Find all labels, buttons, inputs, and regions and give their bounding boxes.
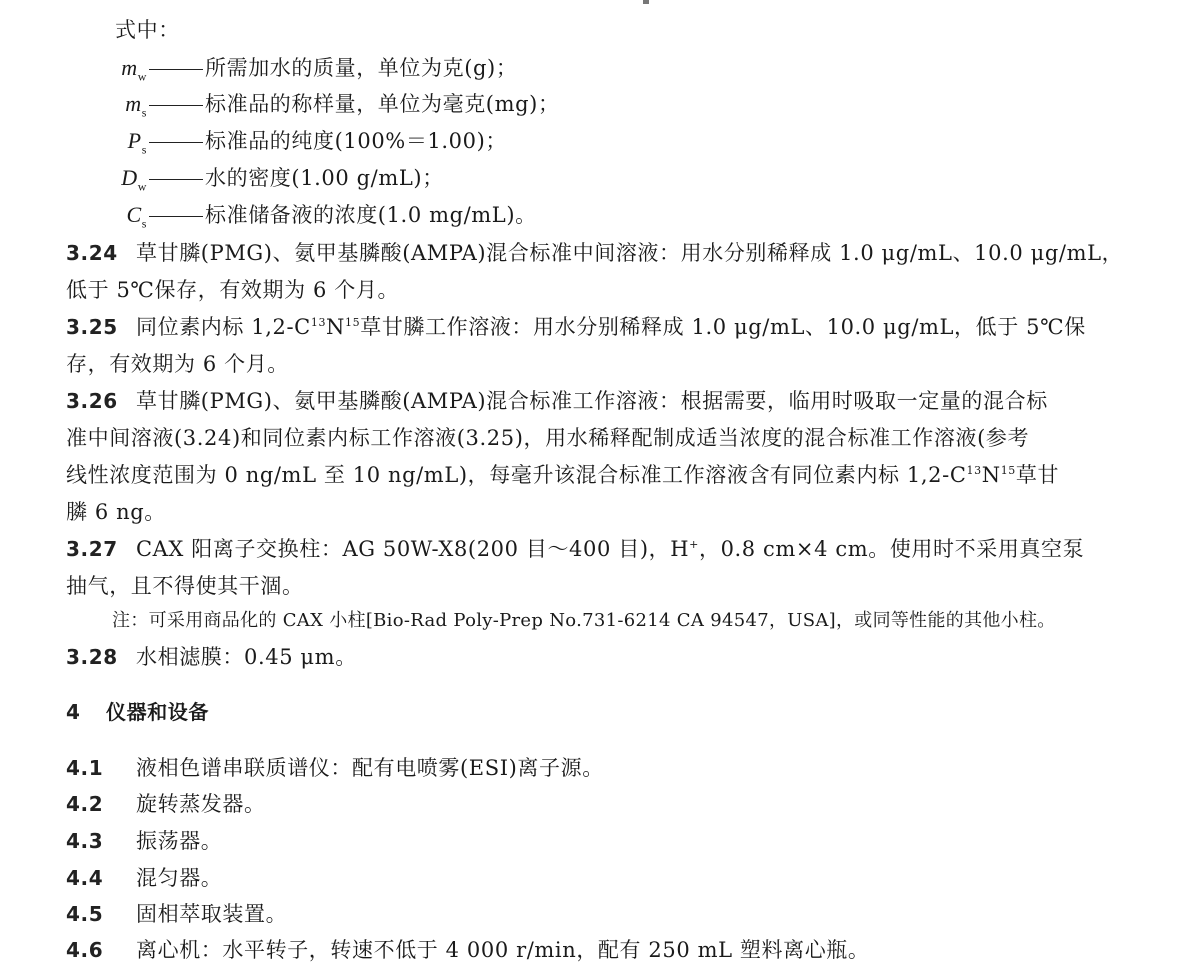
clause-3-26-cont: 膦 6 ng。 (66, 498, 166, 526)
clause-text: 草甘膦(PMG)、氨甲基膦酸(AMPA)混合标准工作溶液：根据需要，临用时吸取一… (136, 389, 1048, 413)
clause-3-25: 3.25同位素内标 1,2-C13N15草甘膦工作溶液：用水分别稀释成 1.0 … (66, 313, 1086, 341)
variable-definition: Dw水的密度(1.00 g/mL)； (115, 164, 444, 200)
item-number: 4.5 (66, 900, 136, 928)
variable-description: 水的密度(1.00 g/mL)； (205, 166, 444, 190)
em-dash (149, 216, 203, 217)
equipment-item: 4.3振荡器。 (66, 827, 222, 855)
document-page: 式中： mw所需加水的质量，单位为克(g)； ms标准品的称样量，单位为毫克(m… (0, 0, 1200, 973)
superscript: 13 (967, 464, 982, 477)
item-number: 4.6 (66, 936, 136, 964)
clause-number: 3.24 (66, 239, 136, 267)
item-number: 4.4 (66, 864, 136, 892)
variable-symbol: Ps (115, 127, 147, 163)
item-text: 旋转蒸发器。 (136, 792, 266, 816)
item-number: 4.3 (66, 827, 136, 855)
clause-text: 水相滤膜：0.45 μm。 (136, 645, 357, 669)
variable-description: 标准品的称样量，单位为毫克(mg)； (205, 92, 560, 116)
clause-3-27: 3.27CAX 阳离子交换柱：AG 50W-X8(200 目～400 目)，H+… (66, 535, 1084, 563)
variable-definition: ms标准品的称样量，单位为毫克(mg)； (115, 90, 560, 126)
equipment-item: 4.2旋转蒸发器。 (66, 790, 266, 818)
clause-number: 3.26 (66, 387, 136, 415)
clause-3-25-cont: 存，有效期为 6 个月。 (66, 350, 289, 378)
clause-text: 草甘膦工作溶液：用水分别稀释成 1.0 μg/mL、10.0 μg/mL，低于 … (360, 315, 1086, 339)
em-dash (149, 105, 203, 106)
clause-3-26-cont: 准中间溶液(3.24)和同位素内标工作溶液(3.25)，用水稀释配制成适当浓度的… (66, 424, 1029, 452)
clause-text: 草甘 (1016, 463, 1059, 487)
variable-description: 所需加水的质量，单位为克(g)； (205, 56, 517, 80)
variable-description: 标准品的纯度(100%＝1.00)； (205, 129, 507, 153)
variable-symbol: Dw (115, 164, 147, 200)
variable-symbol: ms (115, 90, 147, 126)
section-heading: 4仪器和设备 (66, 698, 209, 726)
equipment-item: 4.4混匀器。 (66, 864, 222, 892)
em-dash (149, 69, 203, 70)
item-text: 离心机：水平转子，转速不低于 4 000 r/min，配有 250 mL 塑料离… (136, 938, 870, 962)
clause-text: CAX 阳离子交换柱：AG 50W-X8(200 目～400 目)，H (136, 537, 689, 561)
equipment-item: 4.6离心机：水平转子，转速不低于 4 000 r/min，配有 250 mL … (66, 936, 870, 964)
item-text: 混匀器。 (136, 866, 222, 890)
clause-text: 同位素内标 1,2-C (136, 315, 311, 339)
superscript: 15 (345, 316, 360, 329)
item-text: 振荡器。 (136, 829, 222, 853)
variable-symbol: mw (115, 54, 147, 90)
clause-number: 3.25 (66, 313, 136, 341)
clause-text: 线性浓度范围为 0 ng/mL 至 10 ng/mL)，每毫升该混合标准工作溶液… (66, 463, 967, 487)
clause-text: N (982, 463, 1001, 487)
em-dash (149, 142, 203, 143)
item-number: 4.1 (66, 754, 136, 782)
item-number: 4.2 (66, 790, 136, 818)
variable-description: 标准储备液的浓度(1.0 mg/mL)。 (205, 203, 537, 227)
variable-definition: mw所需加水的质量，单位为克(g)； (115, 54, 517, 90)
superscript: 15 (1001, 464, 1016, 477)
clause-3-28: 3.28水相滤膜：0.45 μm。 (66, 643, 357, 671)
superscript: 13 (311, 316, 326, 329)
equipment-item: 4.1液相色谱串联质谱仪：配有电喷雾(ESI)离子源。 (66, 754, 604, 782)
clause-3-26-cont: 线性浓度范围为 0 ng/mL 至 10 ng/mL)，每毫升该混合标准工作溶液… (66, 461, 1059, 489)
section-number: 4 (66, 698, 106, 726)
clause-3-27-cont: 抽气，且不得使其干涸。 (66, 572, 304, 600)
item-text: 固相萃取装置。 (136, 902, 287, 926)
clause-note: 注：可采用商品化的 CAX 小柱[Bio-Rad Poly-Prep No.73… (112, 607, 1056, 635)
em-dash (149, 179, 203, 180)
item-text: 液相色谱串联质谱仪：配有电喷雾(ESI)离子源。 (136, 756, 604, 780)
section-title: 仪器和设备 (106, 700, 209, 724)
variable-definition: Cs标准储备液的浓度(1.0 mg/mL)。 (115, 201, 537, 237)
where-label: 式中： (115, 16, 180, 44)
equipment-item: 4.5固相萃取装置。 (66, 900, 287, 928)
clause-3-24: 3.24草甘膦(PMG)、氨甲基膦酸(AMPA)混合标准中间溶液：用水分别稀释成… (66, 239, 1123, 267)
clause-text: 草甘膦(PMG)、氨甲基膦酸(AMPA)混合标准中间溶液：用水分别稀释成 1.0… (136, 241, 1123, 265)
page-mark (643, 0, 649, 4)
clause-text: ，0.8 cm×4 cm。使用时不采用真空泵 (699, 537, 1084, 561)
superscript: + (689, 538, 699, 551)
clause-text: N (326, 315, 345, 339)
variable-definition: Ps标准品的纯度(100%＝1.00)； (115, 127, 507, 163)
clause-number: 3.28 (66, 643, 136, 671)
clause-3-26: 3.26草甘膦(PMG)、氨甲基膦酸(AMPA)混合标准工作溶液：根据需要，临用… (66, 387, 1048, 415)
variable-symbol: Cs (115, 201, 147, 237)
clause-number: 3.27 (66, 535, 136, 563)
clause-3-24-cont: 低于 5℃保存，有效期为 6 个月。 (66, 276, 399, 304)
